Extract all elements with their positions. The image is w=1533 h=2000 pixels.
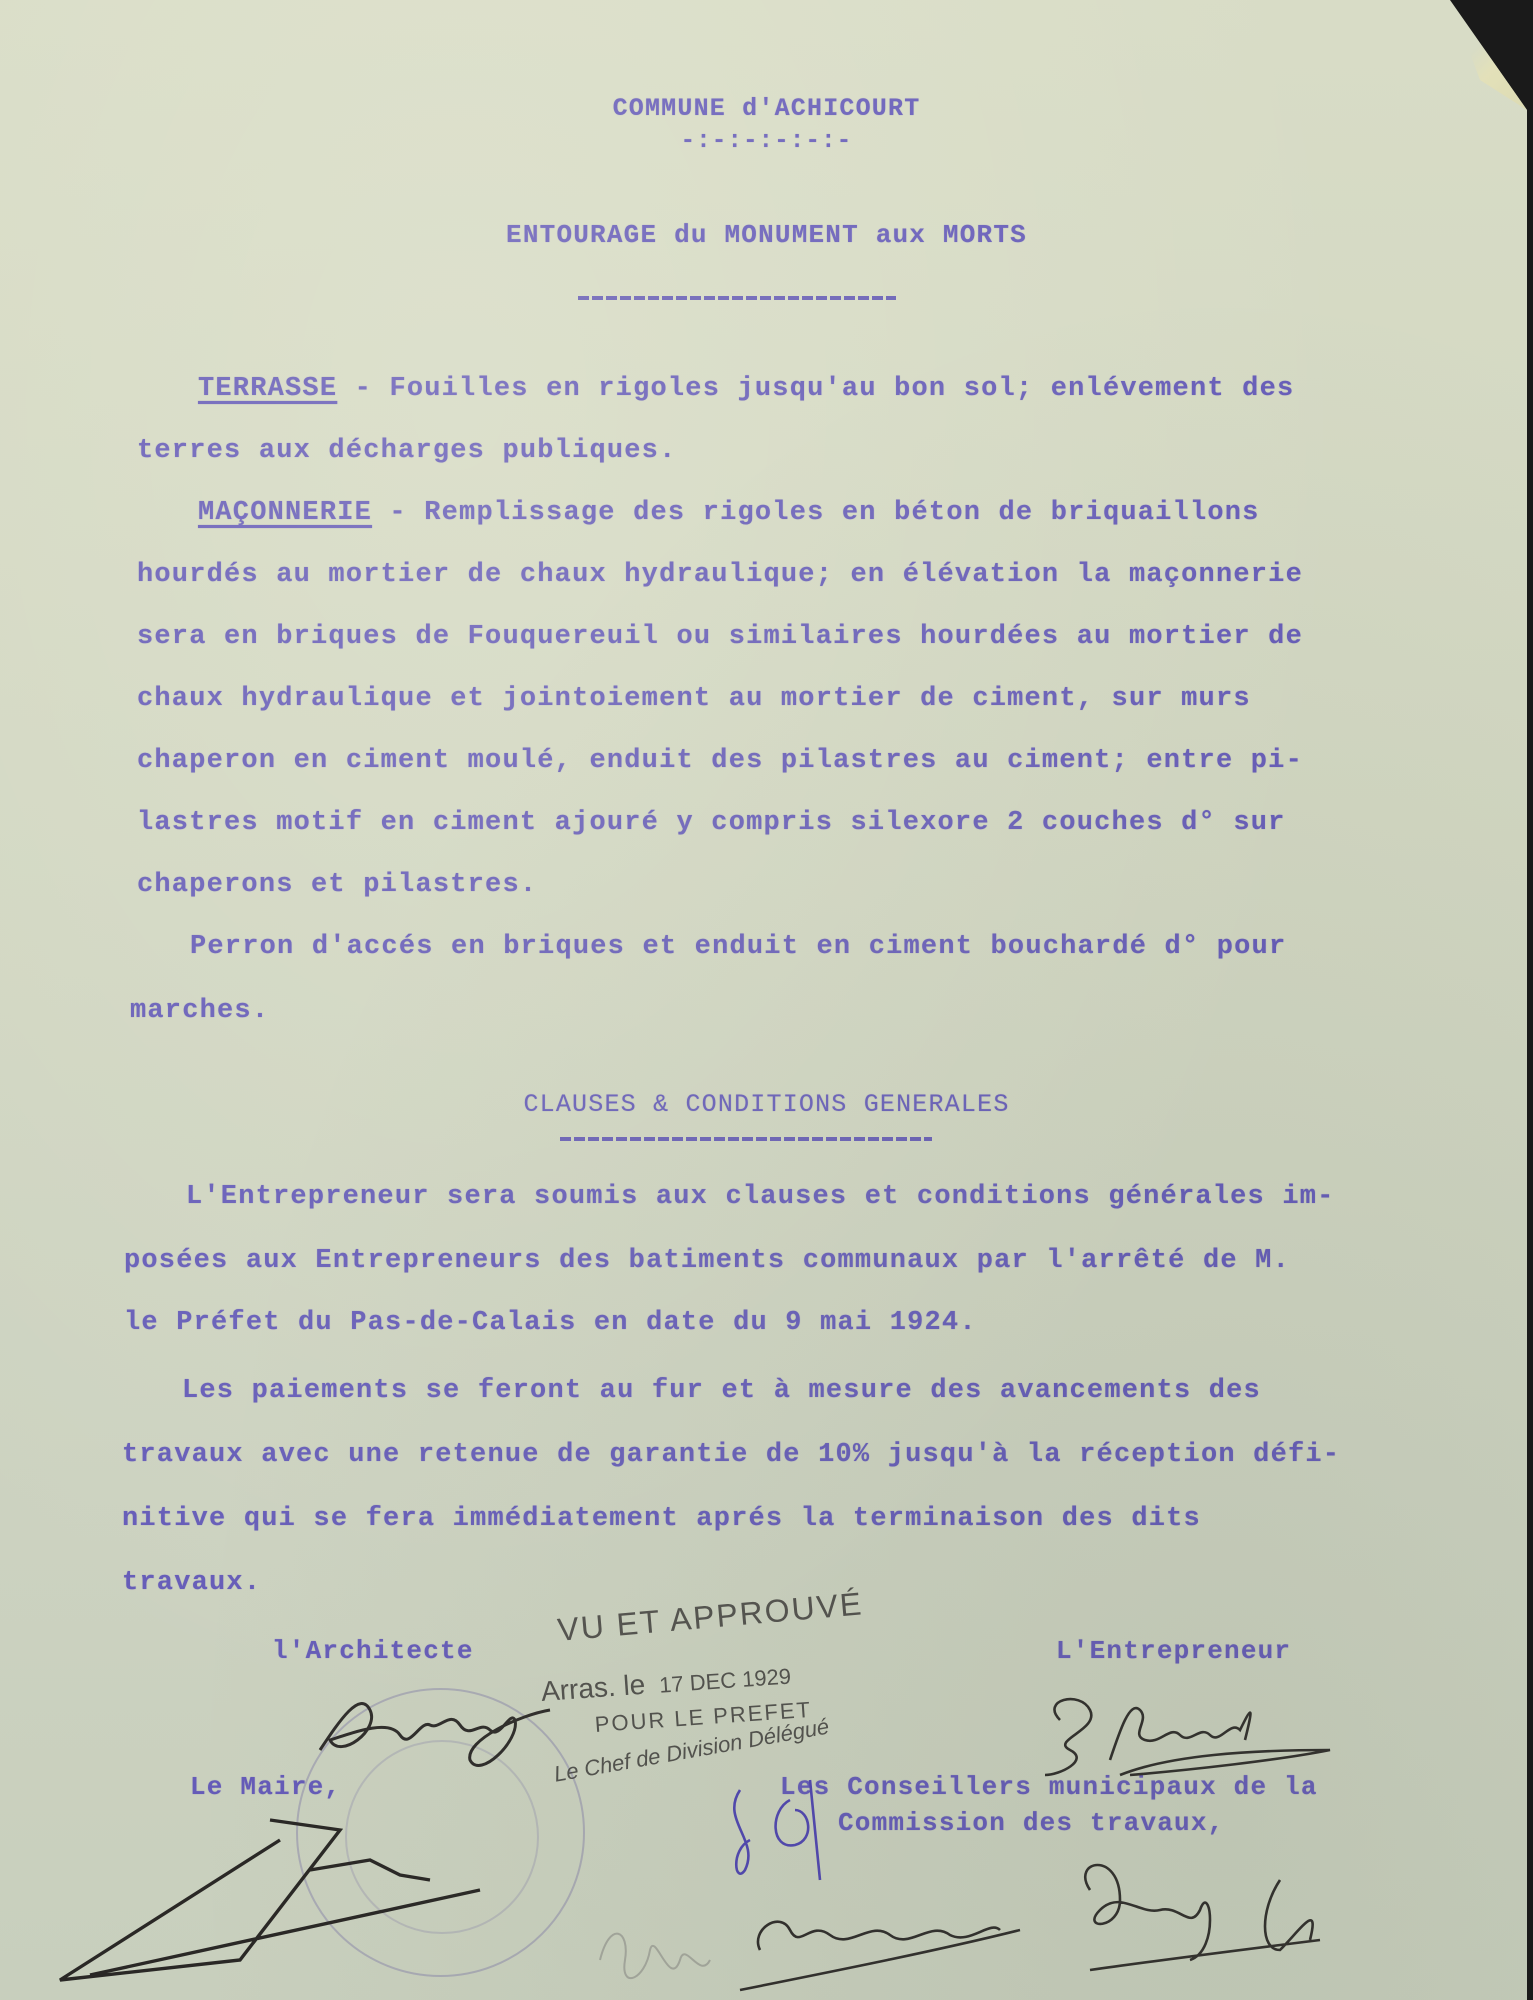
maconnerie-line: chaperons et pilastres. (137, 870, 537, 900)
clauses-p1-line: L'Entrepreneur sera soumis aux clauses e… (186, 1182, 1335, 1212)
maconnerie-line: lastres motif en ciment ajouré y compris… (137, 808, 1286, 838)
terrasse-heading: TERRASSE (198, 374, 337, 404)
document-title: ENTOURAGE du MONUMENT aux MORTS (0, 220, 1533, 250)
clauses-p1-line: le Préfet du Pas-de-Calais en date du 9 … (124, 1308, 977, 1338)
document-page: COMMUNE d'ACHICOURT -:-:-:-:-:- ENTOURAG… (0, 0, 1527, 2000)
title-rule (578, 296, 896, 300)
approval-stamp-date: 17 DEC 1929 (658, 1664, 792, 1698)
maconnerie-line: hourdés au mortier de chaux hydraulique;… (137, 560, 1303, 590)
mayor-signature (40, 1800, 480, 1980)
faint-pencil-signature (590, 1900, 730, 2000)
clauses-p2-line: travaux avec une retenue de garantie de … (122, 1440, 1340, 1470)
clauses-rule (560, 1137, 932, 1141)
terrasse-paragraph: TERRASSE - Fouilles en rigoles jusqu'au … (198, 374, 1294, 404)
clauses-p2-line: Les paiements se feront au fur et à mesu… (182, 1376, 1261, 1406)
perron-line-2: marches. (130, 996, 269, 1026)
maconnerie-paragraph: MAÇONNERIE - Remplissage des rigoles en … (198, 498, 1260, 528)
perron-line-1: Perron d'accés en briques et enduit en c… (190, 932, 1286, 962)
architect-signature (300, 1680, 560, 1790)
maconnerie-heading: MAÇONNERIE (198, 498, 372, 528)
architect-label: l'Architecte (272, 1636, 474, 1666)
councillor-signatures (720, 1840, 1360, 2000)
maconnerie-line: chaperon en ciment moulé, enduit des pil… (137, 746, 1303, 776)
clauses-p1-line: posées aux Entrepreneurs des batiments c… (124, 1246, 1290, 1276)
approval-stamp-title: VU ET APPROUVÉ (556, 1585, 865, 1649)
clauses-p2-line: travaux. (122, 1568, 261, 1598)
maconnerie-line: sera en briques de Fouquereuil ou simila… (137, 622, 1303, 652)
contractor-label: L'Entrepreneur (1056, 1636, 1291, 1666)
maconnerie-line: chaux hydraulique et jointoiement au mor… (137, 684, 1251, 714)
contractor-signature (1030, 1680, 1350, 1790)
header-ornament: -:-:-:-:-:- (0, 128, 1533, 155)
terrasse-line-2: terres aux décharges publiques. (137, 436, 676, 466)
clauses-heading: CLAUSES & CONDITIONS GENERALES (0, 1090, 1533, 1119)
commune-heading: COMMUNE d'ACHICOURT (0, 94, 1533, 123)
clauses-p2-line: nitive qui se fera immédiatement aprés l… (122, 1504, 1201, 1534)
